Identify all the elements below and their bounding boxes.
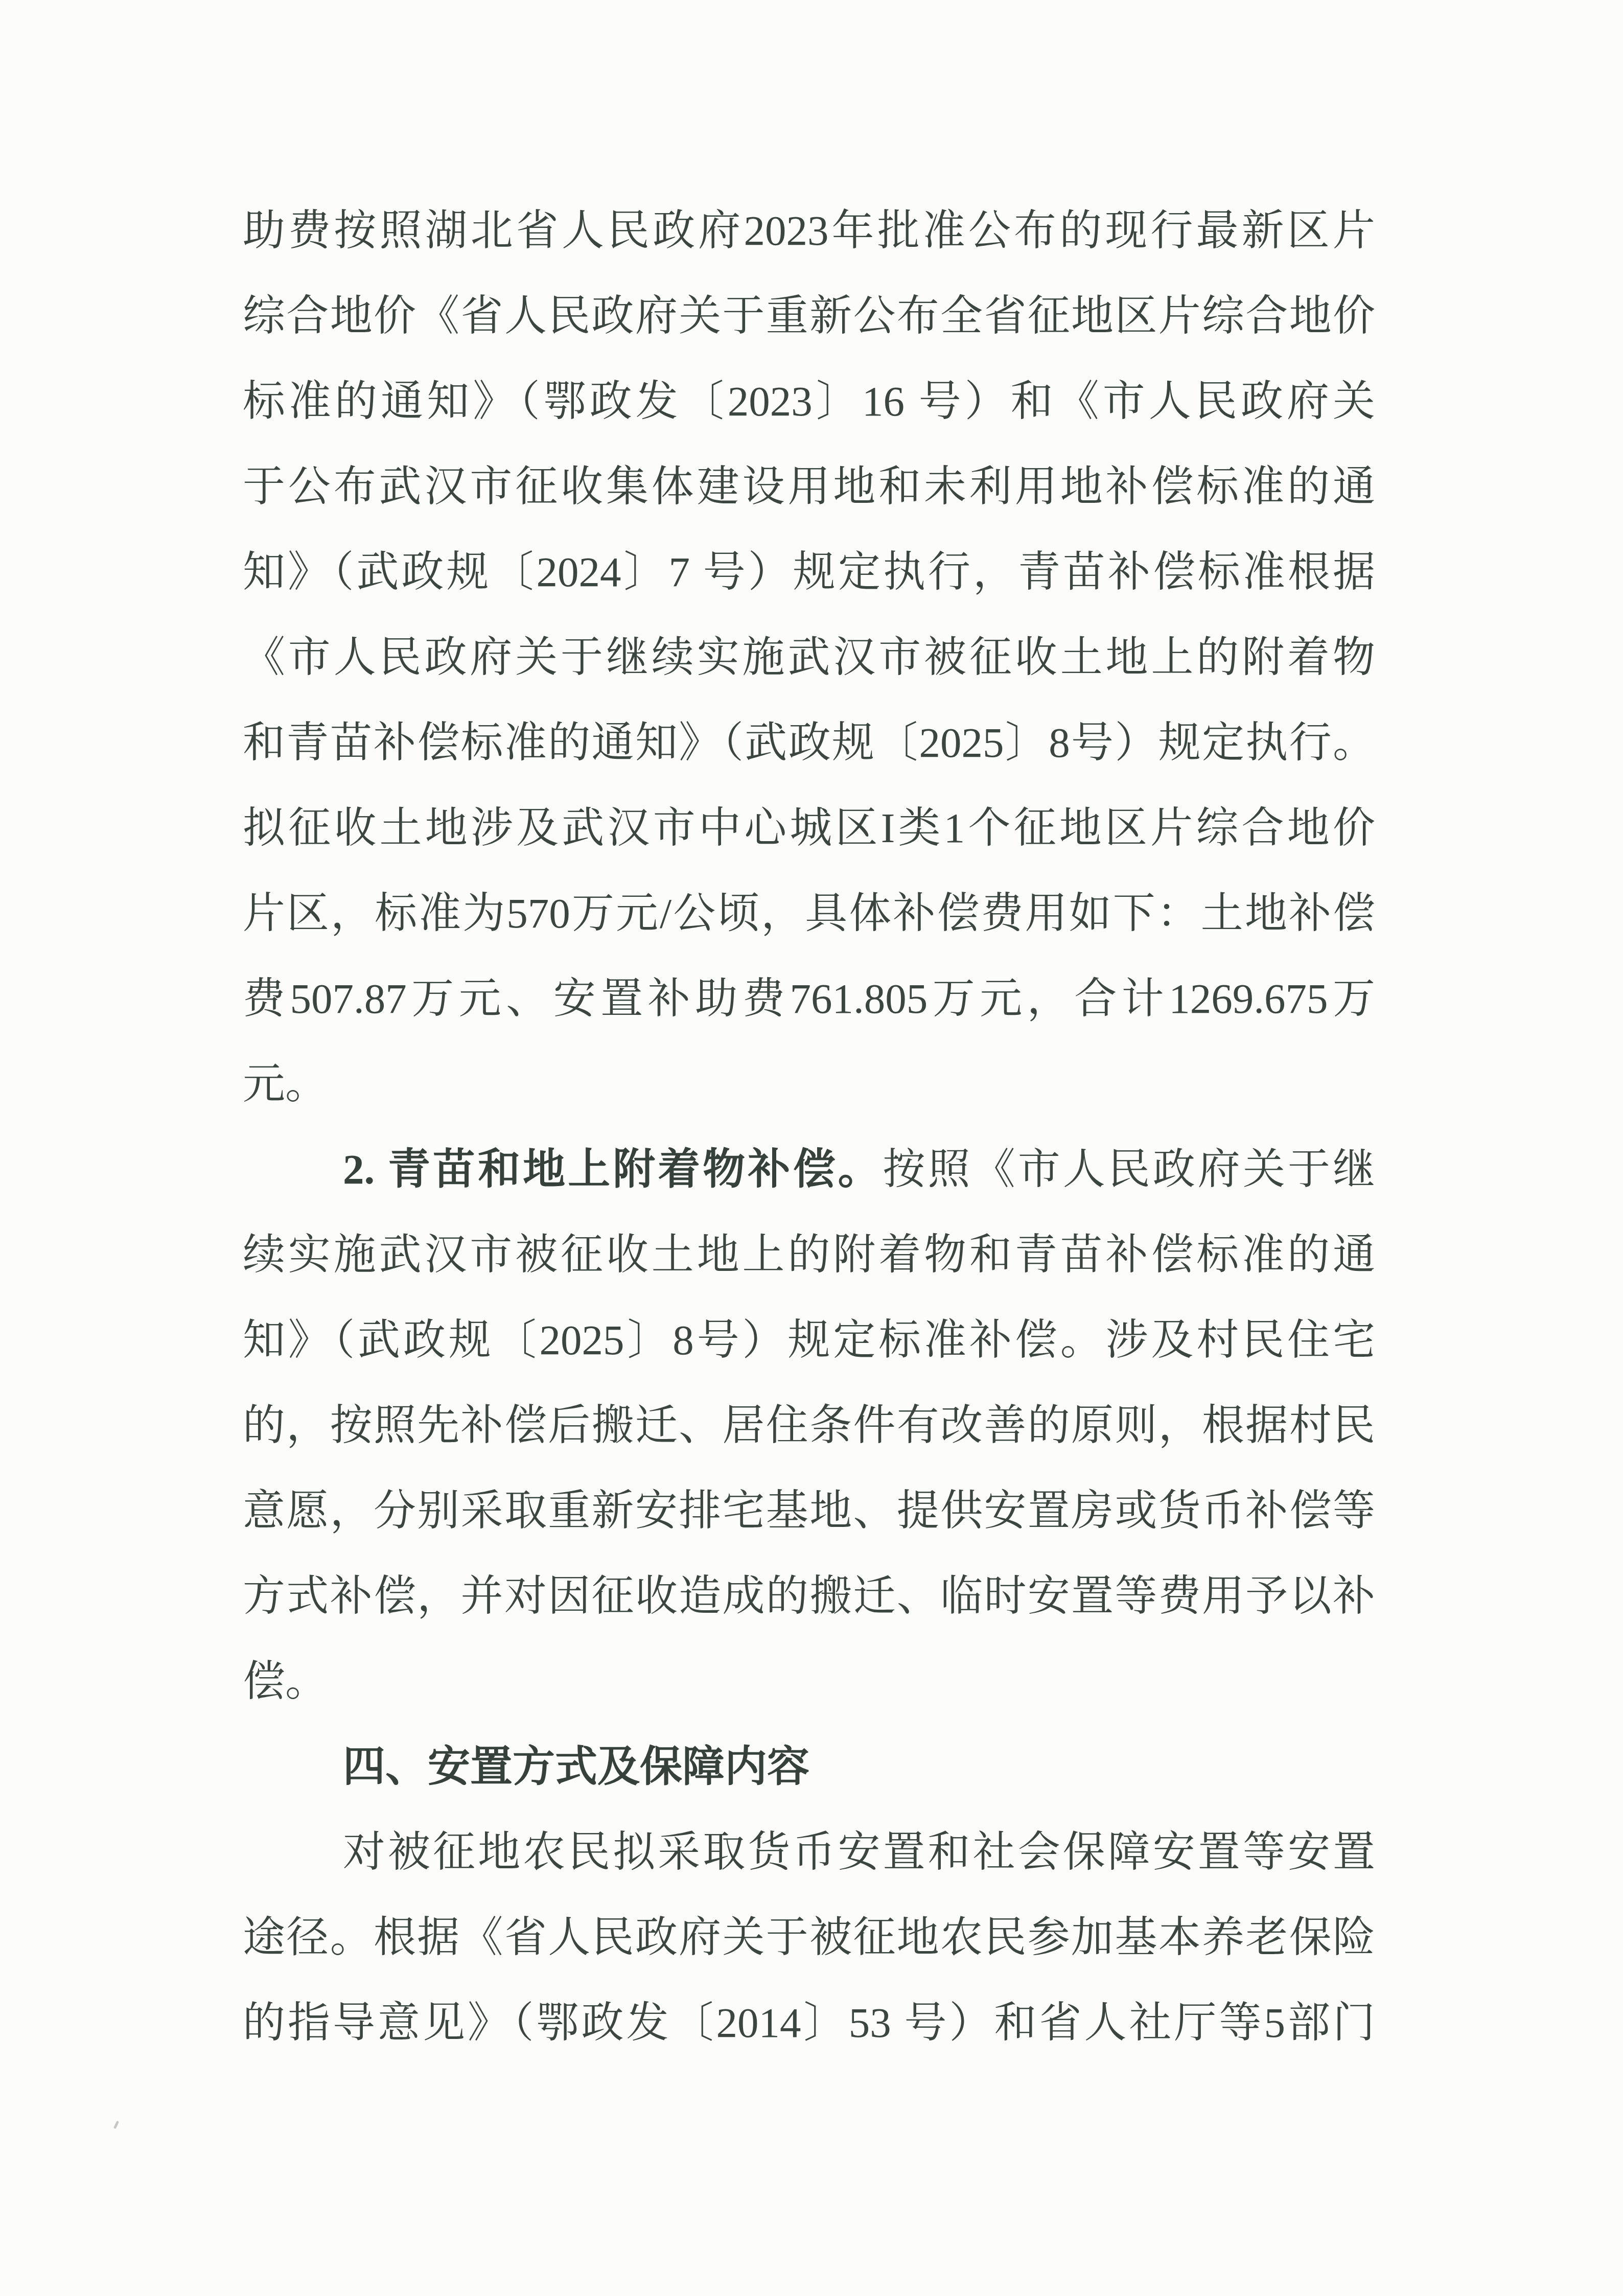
text-line: 片区，标准为570万元/公顷，具体补偿费用如下：土地补偿 (243, 871, 1375, 956)
text-line: 拟征收土地涉及武汉市中心城区I类1个征地区片综合地价 (243, 785, 1375, 871)
text-line: 元。 (243, 1041, 1375, 1127)
text-line: 于公布武汉市征收集体建设用地和未利用地补偿标准的通 (243, 444, 1375, 529)
text-run: 知》（武政规〔2024〕7 号）规定执行，青苗补偿标准根据 (243, 548, 1375, 595)
scan-speck-artifact (113, 2121, 119, 2129)
bold-text-run: 四、安置方式及保障内容 (343, 1743, 809, 1790)
text-line: 的，按照先补偿后搬迁、居住条件有改善的原则，根据村民 (243, 1383, 1375, 1468)
document-text-block: 助费按照湖北省人民政府2023年批准公布的现行最新区片综合地价《省人民政府关于重… (243, 188, 1375, 2066)
text-line: 综合地价《省人民政府关于重新公布全省征地区片综合地价 (243, 273, 1375, 359)
section-heading-line: 四、安置方式及保障内容 (243, 1724, 1375, 1810)
scanned-document-page: 助费按照湖北省人民政府2023年批准公布的现行最新区片综合地价《省人民政府关于重… (0, 0, 1623, 2296)
text-run: 《市人民政府关于继续实施武汉市被征收土地上的附着物 (243, 634, 1375, 681)
text-line: 费507.87万元、安置补助费761.805万元，合计1269.675万 (243, 956, 1375, 1041)
text-run: 片区，标准为570万元/公顷，具体补偿费用如下：土地补偿 (243, 890, 1375, 937)
text-line: 《市人民政府关于继续实施武汉市被征收土地上的附着物 (243, 615, 1375, 700)
bold-text-run: 2. 青苗和地上附着物补偿。 (343, 1146, 883, 1193)
text-run: 续实施武汉市被征收土地上的附着物和青苗补偿标准的通 (243, 1231, 1375, 1278)
text-line: 的指导意见》（鄂政发〔2014〕53 号）和省人社厅等5部门 (243, 1980, 1375, 2066)
text-line: 续实施武汉市被征收土地上的附着物和青苗补偿标准的通 (243, 1212, 1375, 1297)
text-line: 知》（武政规〔2025〕8号）规定标准补偿。涉及村民住宅 (243, 1297, 1375, 1383)
text-run: 拟征收土地涉及武汉市中心城区I类1个征地区片综合地价 (243, 804, 1375, 851)
text-line: 助费按照湖北省人民政府2023年批准公布的现行最新区片 (243, 188, 1375, 273)
text-run: 的指导意见》（鄂政发〔2014〕53 号）和省人社厅等5部门 (243, 1999, 1375, 2046)
text-run: 偿。 (243, 1658, 328, 1705)
text-line: 途径。根据《省人民政府关于被征地农民参加基本养老保险 (243, 1895, 1375, 1980)
text-line: 2. 青苗和地上附着物补偿。按照《市人民政府关于继 (243, 1127, 1375, 1212)
text-run: 助费按照湖北省人民政府2023年批准公布的现行最新区片 (243, 207, 1375, 254)
text-line: 知》（武政规〔2024〕7 号）规定执行，青苗补偿标准根据 (243, 529, 1375, 615)
text-run: 于公布武汉市征收集体建设用地和未利用地补偿标准的通 (243, 463, 1375, 510)
text-run: 标准的通知》（鄂政发〔2023〕16 号）和《市人民政府关 (243, 378, 1375, 425)
text-line: 对被征地农民拟采取货币安置和社会保障安置等安置 (243, 1810, 1375, 1895)
text-run: 按照《市人民政府关于继 (883, 1146, 1375, 1193)
text-run: 和青苗补偿标准的通知》（武政规〔2025〕8号）规定执行。 (243, 719, 1375, 766)
text-run: 途径。根据《省人民政府关于被征地农民参加基本养老保险 (243, 1914, 1375, 1961)
text-line: 标准的通知》（鄂政发〔2023〕16 号）和《市人民政府关 (243, 359, 1375, 444)
text-run: 元。 (243, 1060, 328, 1107)
text-run: 综合地价《省人民政府关于重新公布全省征地区片综合地价 (243, 292, 1375, 339)
text-line: 意愿，分别采取重新安排宅基地、提供安置房或货币补偿等 (243, 1468, 1375, 1553)
text-run: 知》（武政规〔2025〕8号）规定标准补偿。涉及村民住宅 (243, 1316, 1375, 1363)
text-run: 的，按照先补偿后搬迁、居住条件有改善的原则，根据村民 (243, 1402, 1375, 1449)
text-run: 费507.87万元、安置补助费761.805万元，合计1269.675万 (243, 975, 1375, 1022)
text-line: 偿。 (243, 1639, 1375, 1724)
text-line: 方式补偿，并对因征收造成的搬迁、临时安置等费用予以补 (243, 1553, 1375, 1639)
text-run: 意愿，分别采取重新安排宅基地、提供安置房或货币补偿等 (243, 1487, 1375, 1534)
text-run: 方式补偿，并对因征收造成的搬迁、临时安置等费用予以补 (243, 1572, 1375, 1619)
text-line: 和青苗补偿标准的通知》（武政规〔2025〕8号）规定执行。 (243, 700, 1375, 785)
text-run: 对被征地农民拟采取货币安置和社会保障安置等安置 (343, 1828, 1375, 1875)
